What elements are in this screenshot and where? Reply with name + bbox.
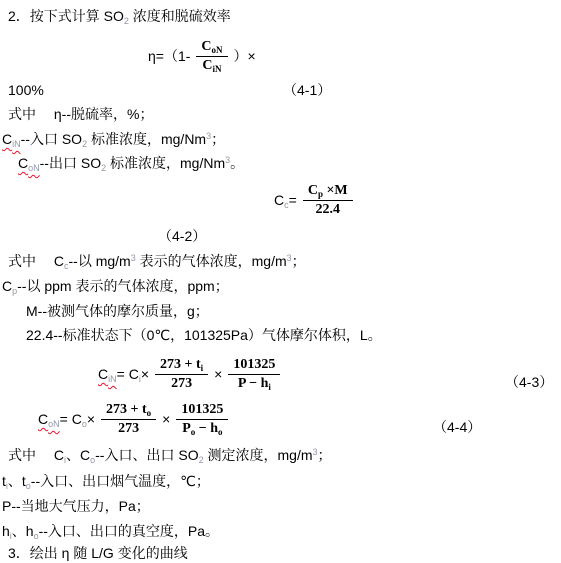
formula-con-lhs: CoN= Co× (38, 411, 95, 427)
definition-ti-to: ti、to--入口、出口烟气温度，℃； (2, 473, 210, 490)
formula-eta-lhs: η=（1- (148, 46, 190, 66)
formula-con-fraction-2: 101325 Po − ho (176, 402, 228, 437)
formula-con-frac2-denominator: Po − ho (177, 420, 227, 437)
document-page: 2．按下式计算 SO2 浓度和脱硫效率 η=（1- CoN CiN ）× 100… (0, 0, 561, 563)
formula-cin-frac2-numerator: 101325 (228, 357, 280, 375)
definition-vacuum: hi、ho--入口、出口的真空度，Pa。 (2, 523, 219, 540)
formula-con-times: × (162, 411, 170, 427)
formula-eta: η=（1- CoN CiN ）× (146, 34, 258, 78)
formula-eta-fraction: CoN CiN (196, 39, 227, 74)
formula-cin-correction: CiN= Ci× 273 + ti 273 × 101325 P − hi (96, 352, 284, 396)
definition-molar-mass: M--被测气体的摩尔质量，g； (26, 303, 209, 320)
formula-cin-lhs: CiN= Ci× (98, 366, 149, 382)
definition-con: CoN--出口 SO2 标准浓度，mg/Nm3。 (18, 155, 244, 172)
formula-concentration-denominator: 22.4 (310, 201, 345, 218)
formula-eta-denominator: CiN (197, 57, 226, 74)
formula-concentration-lhs: Cc= (274, 192, 297, 208)
formula-con-frac1-denominator: 273 (113, 420, 144, 437)
equation-label-4-3: （4-3） (505, 374, 553, 391)
equation-label-4-1: （4-1） (283, 82, 331, 99)
definition-eta: 式中 η--脱硫率，%； (8, 106, 153, 123)
equation-label-4-4: （4-4） (433, 419, 481, 436)
formula-eta-rhs: ）× (234, 46, 256, 66)
formula-con-frac1-numerator: 273 + to (101, 402, 156, 420)
definition-cc: 式中 Cc--以 mg/m3 表示的气体浓度，mg/m3； (8, 253, 306, 270)
formula-con-fraction-1: 273 + to 273 (101, 402, 156, 437)
formula-con-frac2-numerator: 101325 (176, 402, 228, 420)
formula-concentration-numerator: Cp ×M (303, 183, 353, 201)
definition-ci-co: 式中 Ci、Co--入口、出口 SO2 测定浓度，mg/m3； (8, 447, 332, 464)
formula-eta-numerator: CoN (196, 39, 227, 57)
formula-con-correction: CoN= Co× 273 + to 273 × 101325 Po − ho (36, 397, 232, 441)
formula-cin-frac1-numerator: 273 + ti (155, 357, 208, 375)
formula-concentration: Cc= Cp ×M 22.4 (272, 182, 357, 218)
formula-cin-frac1-denominator: 273 (166, 375, 197, 392)
formula-eta-continuation: 100% (8, 82, 44, 99)
formula-cin-fraction-2: 101325 P − hi (228, 357, 280, 392)
section-heading-2: 2．按下式计算 SO2 浓度和脱硫效率 (8, 8, 231, 25)
definition-cp: Cp--以 ppm 表示的气体浓度，ppm； (2, 278, 229, 295)
equation-label-4-2: （4-2） (158, 228, 206, 245)
definition-pressure: P--当地大气压力，Pa； (2, 498, 150, 515)
definition-cin: CiN--入口 SO2 标准浓度，mg/Nm3； (2, 131, 225, 148)
formula-cin-frac2-denominator: P − hi (233, 375, 276, 392)
formula-cin-times: × (214, 366, 222, 382)
formula-cin-fraction-1: 273 + ti 273 (155, 357, 208, 392)
definition-molar-volume: 22.4--标准状态下（0℃，101325Pa）气体摩尔体积，L。 (26, 327, 382, 344)
section-heading-3: 3．绘出 η 随 L/G 变化的曲线 (8, 545, 188, 562)
formula-concentration-fraction: Cp ×M 22.4 (303, 183, 353, 218)
